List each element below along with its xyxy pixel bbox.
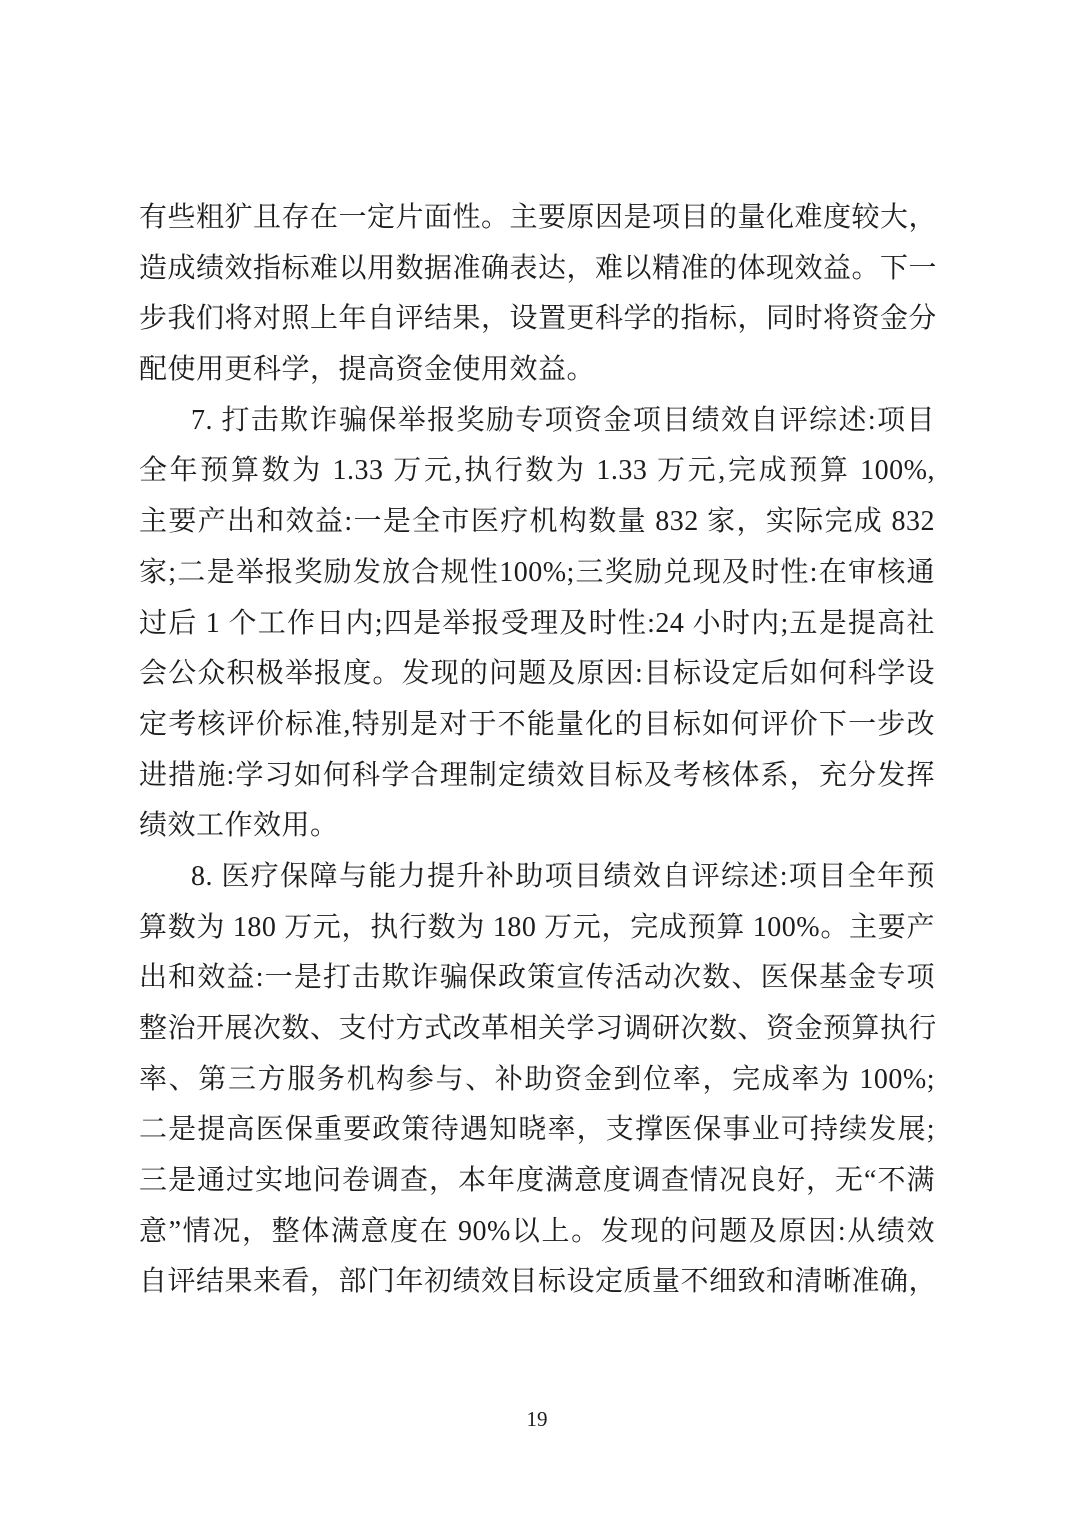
text-line: 8. 医疗保障与能力提升补助项目绩效自评综述:项目全年预	[139, 852, 935, 903]
text-line: 二是提高医保重要政策待遇知晓率，支撑医保事业可持续发展;	[139, 1105, 935, 1156]
text-line: 绩效工作效用。	[139, 801, 935, 852]
text-line: 7. 打击欺诈骗保举报奖励专项资金项目绩效自评综述:项目	[139, 396, 935, 447]
text-line: 配使用更科学，提高资金使用效益。	[139, 345, 935, 396]
text-line: 三是通过实地问卷调查，本年度满意度调查情况良好，无“不满	[139, 1156, 935, 1207]
text-line: 有些粗犷且存在一定片面性。主要原因是项目的量化难度较大，	[139, 193, 935, 244]
text-line: 家;二是举报奖励发放合规性100%;三奖励兑现及时性:在审核通	[139, 548, 935, 599]
text-line: 自评结果来看，部门年初绩效目标设定质量不细致和清晰准确，	[139, 1257, 935, 1308]
text-line: 整治开展次数、支付方式改革相关学习调研次数、资金预算执行	[139, 1004, 935, 1055]
text-line: 出和效益:一是打击欺诈骗保政策宣传活动次数、医保基金专项	[139, 953, 935, 1004]
text-line: 进措施:学习如何科学合理制定绩效目标及考核体系，充分发挥	[139, 751, 935, 802]
text-line: 定考核评价标准,特别是对于不能量化的目标如何评价下一步改	[139, 700, 935, 751]
text-line: 会公众积极举报度。发现的问题及原因:目标设定后如何科学设	[139, 649, 935, 700]
text-line: 主要产出和效益:一是全市医疗机构数量 832 家，实际完成 832	[139, 497, 935, 548]
text-line: 意”情况，整体满意度在 90%以上。发现的问题及原因:从绩效	[139, 1207, 935, 1258]
text-line: 造成绩效指标难以用数据准确表达，难以精准的体现效益。下一	[139, 244, 935, 295]
text-line: 率、第三方服务机构参与、补助资金到位率，完成率为 100%;	[139, 1055, 935, 1106]
page-number: 19	[0, 1404, 1074, 1434]
text-line: 算数为 180 万元，执行数为 180 万元，完成预算 100%。主要产	[139, 903, 935, 954]
document-page: 有些粗犷且存在一定片面性。主要原因是项目的量化难度较大，造成绩效指标难以用数据准…	[0, 0, 1074, 1520]
text-line: 全年预算数为 1.33 万元,执行数为 1.33 万元,完成预算 100%,	[139, 446, 935, 497]
text-line: 过后 1 个工作日内;四是举报受理及时性:24 小时内;五是提高社	[139, 599, 935, 650]
text-block: 有些粗犷且存在一定片面性。主要原因是项目的量化难度较大，造成绩效指标难以用数据准…	[139, 193, 935, 1308]
text-line: 步我们将对照上年自评结果，设置更科学的指标，同时将资金分	[139, 294, 935, 345]
